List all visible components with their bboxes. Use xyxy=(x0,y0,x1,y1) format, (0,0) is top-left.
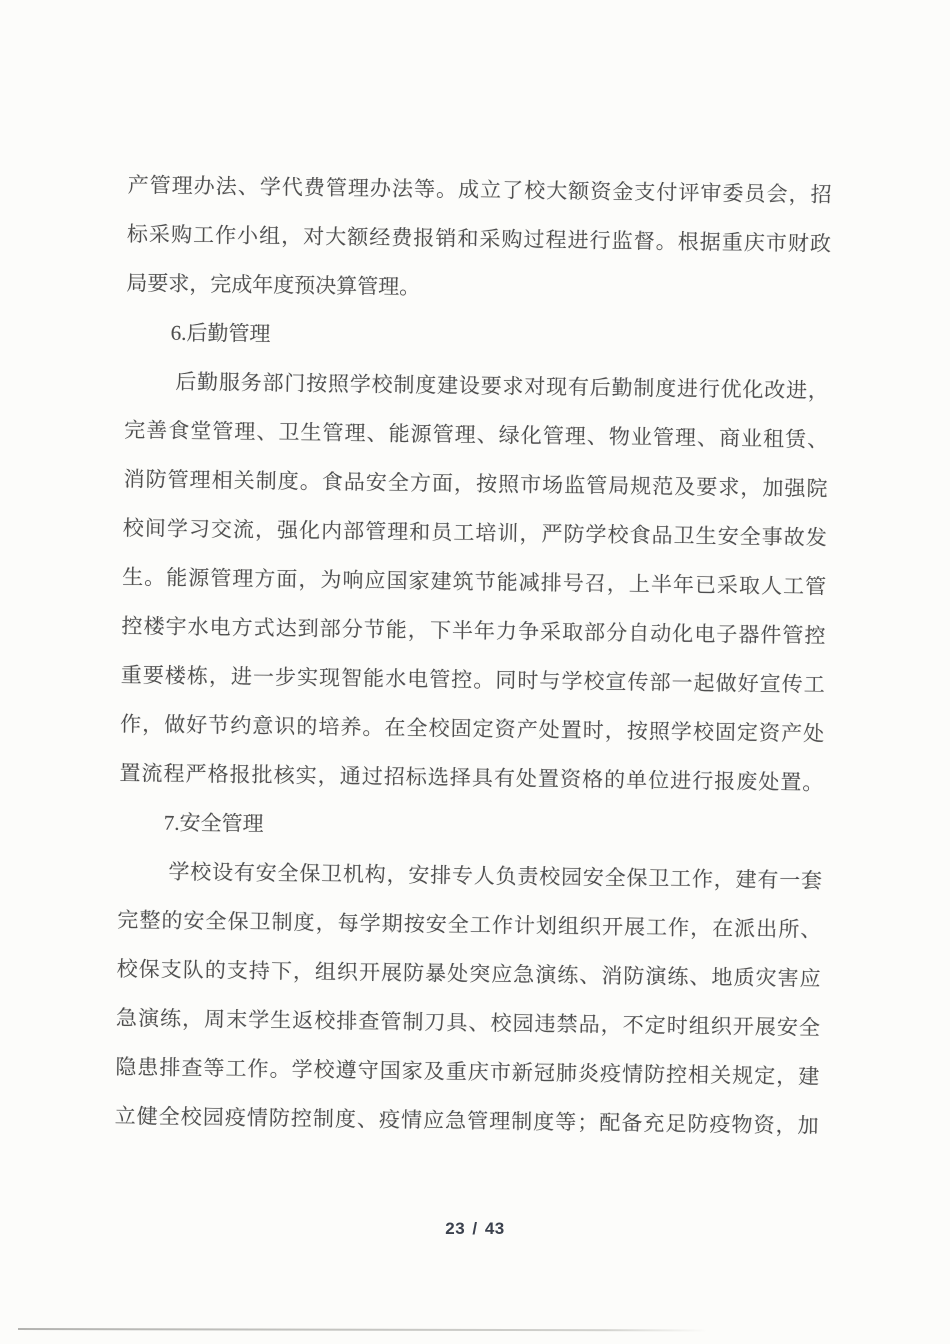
text-line: 立健全校园疫情防控制度、疫情应急管理制度等；配备充足防疫物资，加 xyxy=(114,1092,819,1151)
paragraph: 学校设有安全保卫机构，安排专人负责校园安全保卫工作，建有一套完整的安全保卫制度，… xyxy=(114,847,822,1151)
paragraph: 产管理办法、学代费管理办法等。成立了校大额资金支付评审委员会，招标采购工作小组，… xyxy=(126,161,832,318)
page-indicator: 23 / 43 xyxy=(445,1219,505,1238)
document-content: 产管理办法、学代费管理办法等。成立了校大额资金支付评审委员会，招标采购工作小组，… xyxy=(114,161,832,1151)
scan-edge-artifact xyxy=(18,1328,708,1331)
page-footer: 23 / 43 xyxy=(0,1219,950,1239)
paragraph: 后勤服务部门按照学校制度建设要求对现有后勤制度进行优化改进，完善食堂管理、卫生管… xyxy=(119,357,829,808)
